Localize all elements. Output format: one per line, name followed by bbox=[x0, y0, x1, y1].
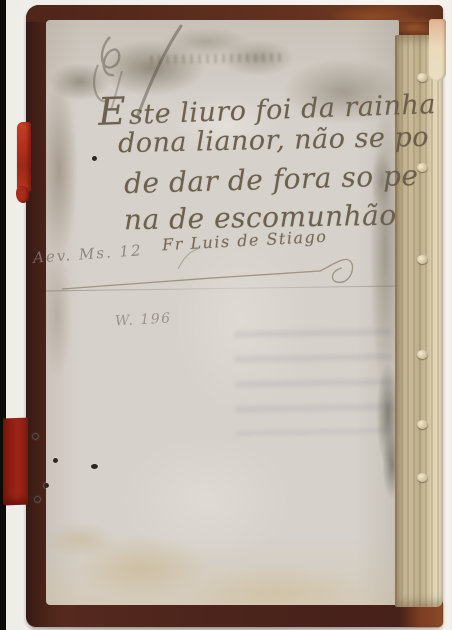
pencil-number: W. 196 bbox=[115, 311, 172, 330]
wormhole bbox=[33, 434, 38, 439]
curled-page-edge bbox=[429, 19, 446, 81]
clasp-stud bbox=[417, 420, 428, 429]
clasp-stud bbox=[417, 350, 428, 359]
wormhole bbox=[92, 156, 97, 161]
wormhole bbox=[91, 464, 98, 469]
wormhole bbox=[44, 483, 49, 488]
wormhole bbox=[35, 497, 40, 502]
worn-leather-bottom-corner bbox=[399, 604, 443, 627]
red-strap-fragment-upper bbox=[17, 122, 31, 192]
ownership-inscription-line-2: dona lianor, não se po bbox=[118, 122, 430, 160]
film-edge bbox=[0, 0, 6, 630]
show-through-text bbox=[234, 329, 394, 436]
clasp-stud bbox=[417, 255, 428, 264]
red-strap-fragment-lower bbox=[3, 418, 28, 506]
wormhole bbox=[53, 458, 58, 463]
clasp-stud bbox=[417, 473, 428, 482]
